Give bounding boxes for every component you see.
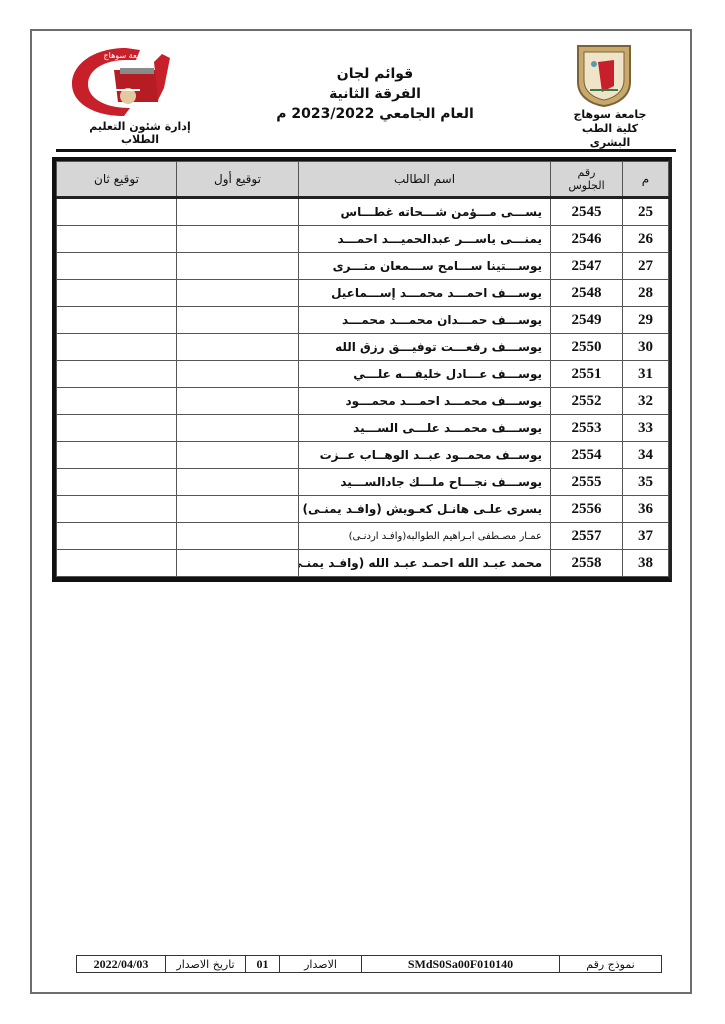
first-signature-cell[interactable]	[177, 388, 299, 415]
table-row: 382558محمد عبـد الله احمـد عبـد الله (وا…	[57, 550, 669, 577]
issue-date-value: 2022/04/03	[77, 956, 165, 972]
second-signature-cell[interactable]	[57, 253, 177, 280]
seat-number: 2545	[551, 198, 623, 226]
second-signature-cell[interactable]	[57, 442, 177, 469]
seat-number: 2546	[551, 226, 623, 253]
row-index: 29	[623, 307, 669, 334]
university-name: جامعة سوهاج	[560, 108, 660, 122]
seat-number: 2553	[551, 415, 623, 442]
row-index: 34	[623, 442, 669, 469]
first-signature-cell[interactable]	[177, 253, 299, 280]
row-index: 26	[623, 226, 669, 253]
seat-number: 2554	[551, 442, 623, 469]
second-signature-cell[interactable]	[57, 280, 177, 307]
first-signature-cell[interactable]	[177, 226, 299, 253]
table-row: 292549يوســـف حمـــدان محمـــد محمـــد	[57, 307, 669, 334]
student-name: يوســـف محمـــد احمـــد محمـــود	[299, 388, 551, 415]
col-seat-number: رقم الجلوس	[551, 162, 623, 198]
row-index: 25	[623, 198, 669, 226]
university-caption: جامعة سوهاج كلية الطب البشرى	[560, 108, 660, 150]
student-name: يمنـــى ياســـر عبدالحميـــد احمـــد	[299, 226, 551, 253]
first-signature-cell[interactable]	[177, 442, 299, 469]
row-index: 33	[623, 415, 669, 442]
title-committee-lists: قوائم لجان	[260, 64, 490, 84]
row-index: 30	[623, 334, 669, 361]
seat-number: 2551	[551, 361, 623, 388]
student-name: عمـار مصـطفى ابـراهيم الطوالبه(وافـد ارد…	[299, 523, 551, 550]
row-index: 35	[623, 469, 669, 496]
table-row: 282548يوســـف احمـــد محمـــد إســـماعيل	[57, 280, 669, 307]
student-name: يوســـتينا ســـامح ســـمعان متـــرى	[299, 253, 551, 280]
table-row: 332553يوســـف محمـــد علـــى الســـيد	[57, 415, 669, 442]
student-name: يســـى مـــؤمن شـــحاته غطـــاس	[299, 198, 551, 226]
form-number-value: SMdS0Sa00F010140	[361, 956, 559, 972]
first-signature-cell[interactable]	[177, 496, 299, 523]
second-signature-cell[interactable]	[57, 198, 177, 226]
second-signature-cell[interactable]	[57, 415, 177, 442]
second-signature-cell[interactable]	[57, 523, 177, 550]
seat-number: 2552	[551, 388, 623, 415]
row-index: 37	[623, 523, 669, 550]
student-name: يوســف محمــود عبــد الوهــاب عــزت	[299, 442, 551, 469]
seat-number: 2550	[551, 334, 623, 361]
form-number-label: نموذج رقم	[559, 956, 661, 972]
col-seat-line1: رقم	[551, 166, 622, 179]
seat-number: 2549	[551, 307, 623, 334]
table-row: 262546يمنـــى ياســـر عبدالحميـــد احمــ…	[57, 226, 669, 253]
student-name: يوســـف نجـــاح ملـــك جادالســـيد	[299, 469, 551, 496]
col-student-name: اسم الطالب	[299, 162, 551, 198]
table-row: 352555يوســـف نجـــاح ملـــك جادالســـيد	[57, 469, 669, 496]
svg-text:جامعة سوهاج: جامعة سوهاج	[103, 51, 148, 60]
header-divider	[56, 149, 676, 152]
row-index: 32	[623, 388, 669, 415]
student-name: يوســـف حمـــدان محمـــد محمـــد	[299, 307, 551, 334]
first-signature-cell[interactable]	[177, 415, 299, 442]
version-label: الاصدار	[279, 956, 361, 972]
first-signature-cell[interactable]	[177, 280, 299, 307]
row-index: 27	[623, 253, 669, 280]
table-row: 252545يســـى مـــؤمن شـــحاته غطـــاس	[57, 198, 669, 226]
second-signature-cell[interactable]	[57, 469, 177, 496]
table-header-row: م رقم الجلوس اسم الطالب توقيع أول توقيع …	[57, 162, 669, 198]
table-row: 272547يوســـتينا ســـامح ســـمعان متـــر…	[57, 253, 669, 280]
first-signature-cell[interactable]	[177, 361, 299, 388]
first-signature-cell[interactable]	[177, 198, 299, 226]
table-row: 322552يوســـف محمـــد احمـــد محمـــود	[57, 388, 669, 415]
second-signature-cell[interactable]	[57, 307, 177, 334]
student-name: محمد عبـد الله احمـد عبـد الله (وافـد يم…	[299, 550, 551, 577]
second-signature-cell[interactable]	[57, 361, 177, 388]
second-signature-cell[interactable]	[57, 388, 177, 415]
seat-number: 2548	[551, 280, 623, 307]
second-signature-cell[interactable]	[57, 226, 177, 253]
student-name: يوســـف محمـــد علـــى الســـيد	[299, 415, 551, 442]
col-second-signature: توقيع ثان	[57, 162, 177, 198]
document-title: قوائم لجان الفرقة الثانية العام الجامعي …	[260, 64, 490, 124]
table-row: 312551يوســـف عـــادل خليفـــه علـــي	[57, 361, 669, 388]
row-index: 28	[623, 280, 669, 307]
first-signature-cell[interactable]	[177, 307, 299, 334]
sohag-university-emblem	[574, 42, 634, 108]
faculty-name: كلية الطب البشرى	[560, 122, 660, 150]
version-value: 01	[245, 956, 279, 972]
title-year-level: الفرقة الثانية	[260, 84, 490, 104]
title-academic-year: العام الجامعي 2023/2022 م	[260, 104, 490, 124]
second-signature-cell[interactable]	[57, 334, 177, 361]
second-signature-cell[interactable]	[57, 550, 177, 577]
seat-number: 2547	[551, 253, 623, 280]
first-signature-cell[interactable]	[177, 550, 299, 577]
student-name: يسرى علـى هانـل كعـويش (وافـد يمنـى)	[299, 496, 551, 523]
table-row: 372557عمـار مصـطفى ابـراهيم الطوالبه(واف…	[57, 523, 669, 550]
student-affairs-caption: إدارة شئون التعليم الطلاب	[70, 120, 210, 146]
row-index: 36	[623, 496, 669, 523]
table-row: 302550يوســـف رفعـــت توفيـــق رزق الله	[57, 334, 669, 361]
faculty-of-medicine-logo: جامعة سوهاج	[66, 40, 186, 120]
row-index: 38	[623, 550, 669, 577]
seat-number: 2555	[551, 469, 623, 496]
second-signature-cell[interactable]	[57, 496, 177, 523]
seat-number: 2557	[551, 523, 623, 550]
col-first-signature: توقيع أول	[177, 162, 299, 198]
col-index: م	[623, 162, 669, 198]
table-row: 362556يسرى علـى هانـل كعـويش (وافـد يمنـ…	[57, 496, 669, 523]
seat-number: 2558	[551, 550, 623, 577]
first-signature-cell[interactable]	[177, 334, 299, 361]
first-signature-cell[interactable]	[177, 469, 299, 496]
student-name: يوســـف عـــادل خليفـــه علـــي	[299, 361, 551, 388]
col-seat-line2: الجلوس	[551, 179, 622, 192]
student-name: يوســـف رفعـــت توفيـــق رزق الله	[299, 334, 551, 361]
students-table: م رقم الجلوس اسم الطالب توقيع أول توقيع …	[52, 157, 672, 582]
student-name: يوســـف احمـــد محمـــد إســـماعيل	[299, 280, 551, 307]
issue-date-label: تاريخ الاصدار	[165, 956, 245, 972]
form-footer: نموذج رقم SMdS0Sa00F010140 الاصدار 01 تا…	[76, 955, 662, 973]
seat-number: 2556	[551, 496, 623, 523]
first-signature-cell[interactable]	[177, 523, 299, 550]
table-row: 342554يوســف محمــود عبــد الوهــاب عــز…	[57, 442, 669, 469]
row-index: 31	[623, 361, 669, 388]
